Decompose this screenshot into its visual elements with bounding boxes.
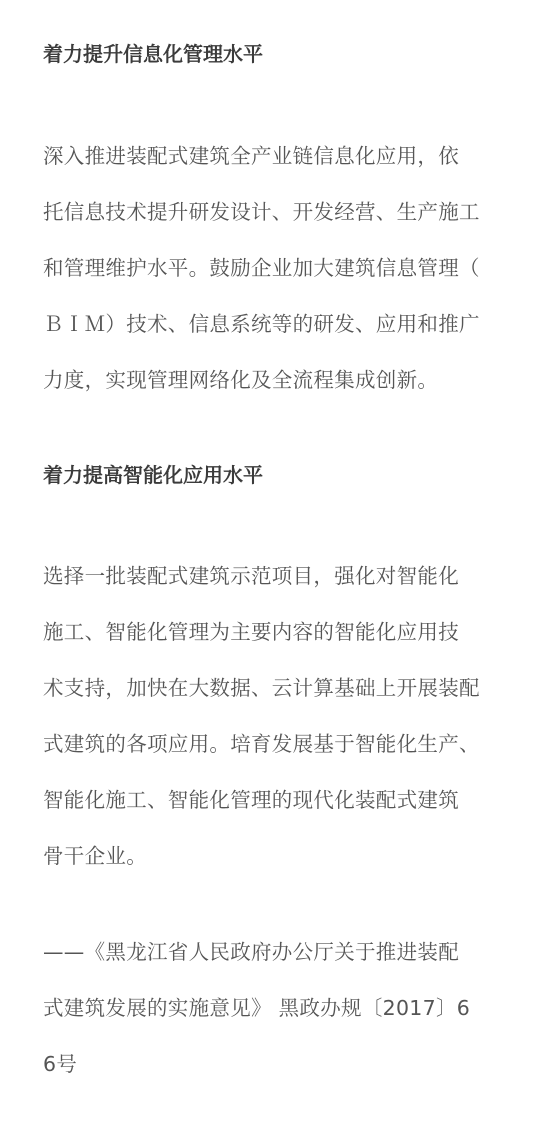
paragraph-line: 术支持，加快在大数据、云计算基础上开展装配 [43,671,480,701]
paragraph-line: 选择一批装配式建筑示范项目，强化对智能化 [43,559,459,589]
paragraph-line: 式建筑的各项应用。培育发展基于智能化生产、 [43,727,480,757]
paragraph-line: ＢＩＭ）技术、信息系统等的研发、应用和推广 [43,307,480,337]
paragraph-line: 深入推进装配式建筑全产业链信息化应用，依 [43,139,459,169]
paragraph-line: 施工、智能化管理为主要内容的智能化应用技 [43,615,459,645]
paragraph-line: 托信息技术提升研发设计、开发经营、生产施工 [43,195,480,225]
paragraph-line: 力度，实现管理网络化及全流程集成创新。 [43,363,438,393]
citation-line: ——《黑龙江省人民政府办公厅关于推进装配 [43,935,459,965]
section-heading-intelligence: 着力提高智能化应用水平 [43,459,263,488]
section-heading-informatization: 着力提升信息化管理水平 [43,38,263,67]
paragraph-line: 和管理维护水平。鼓励企业加大建筑信息管理（ [43,251,480,281]
paragraph-line: 智能化施工、智能化管理的现代化装配式建筑 [43,783,459,813]
citation-line: 式建筑发展的实施意见》 黑政办规〔2017〕6 [43,991,470,1021]
paragraph-line: 骨干企业。 [43,839,147,869]
citation-line: 6号 [43,1047,77,1077]
